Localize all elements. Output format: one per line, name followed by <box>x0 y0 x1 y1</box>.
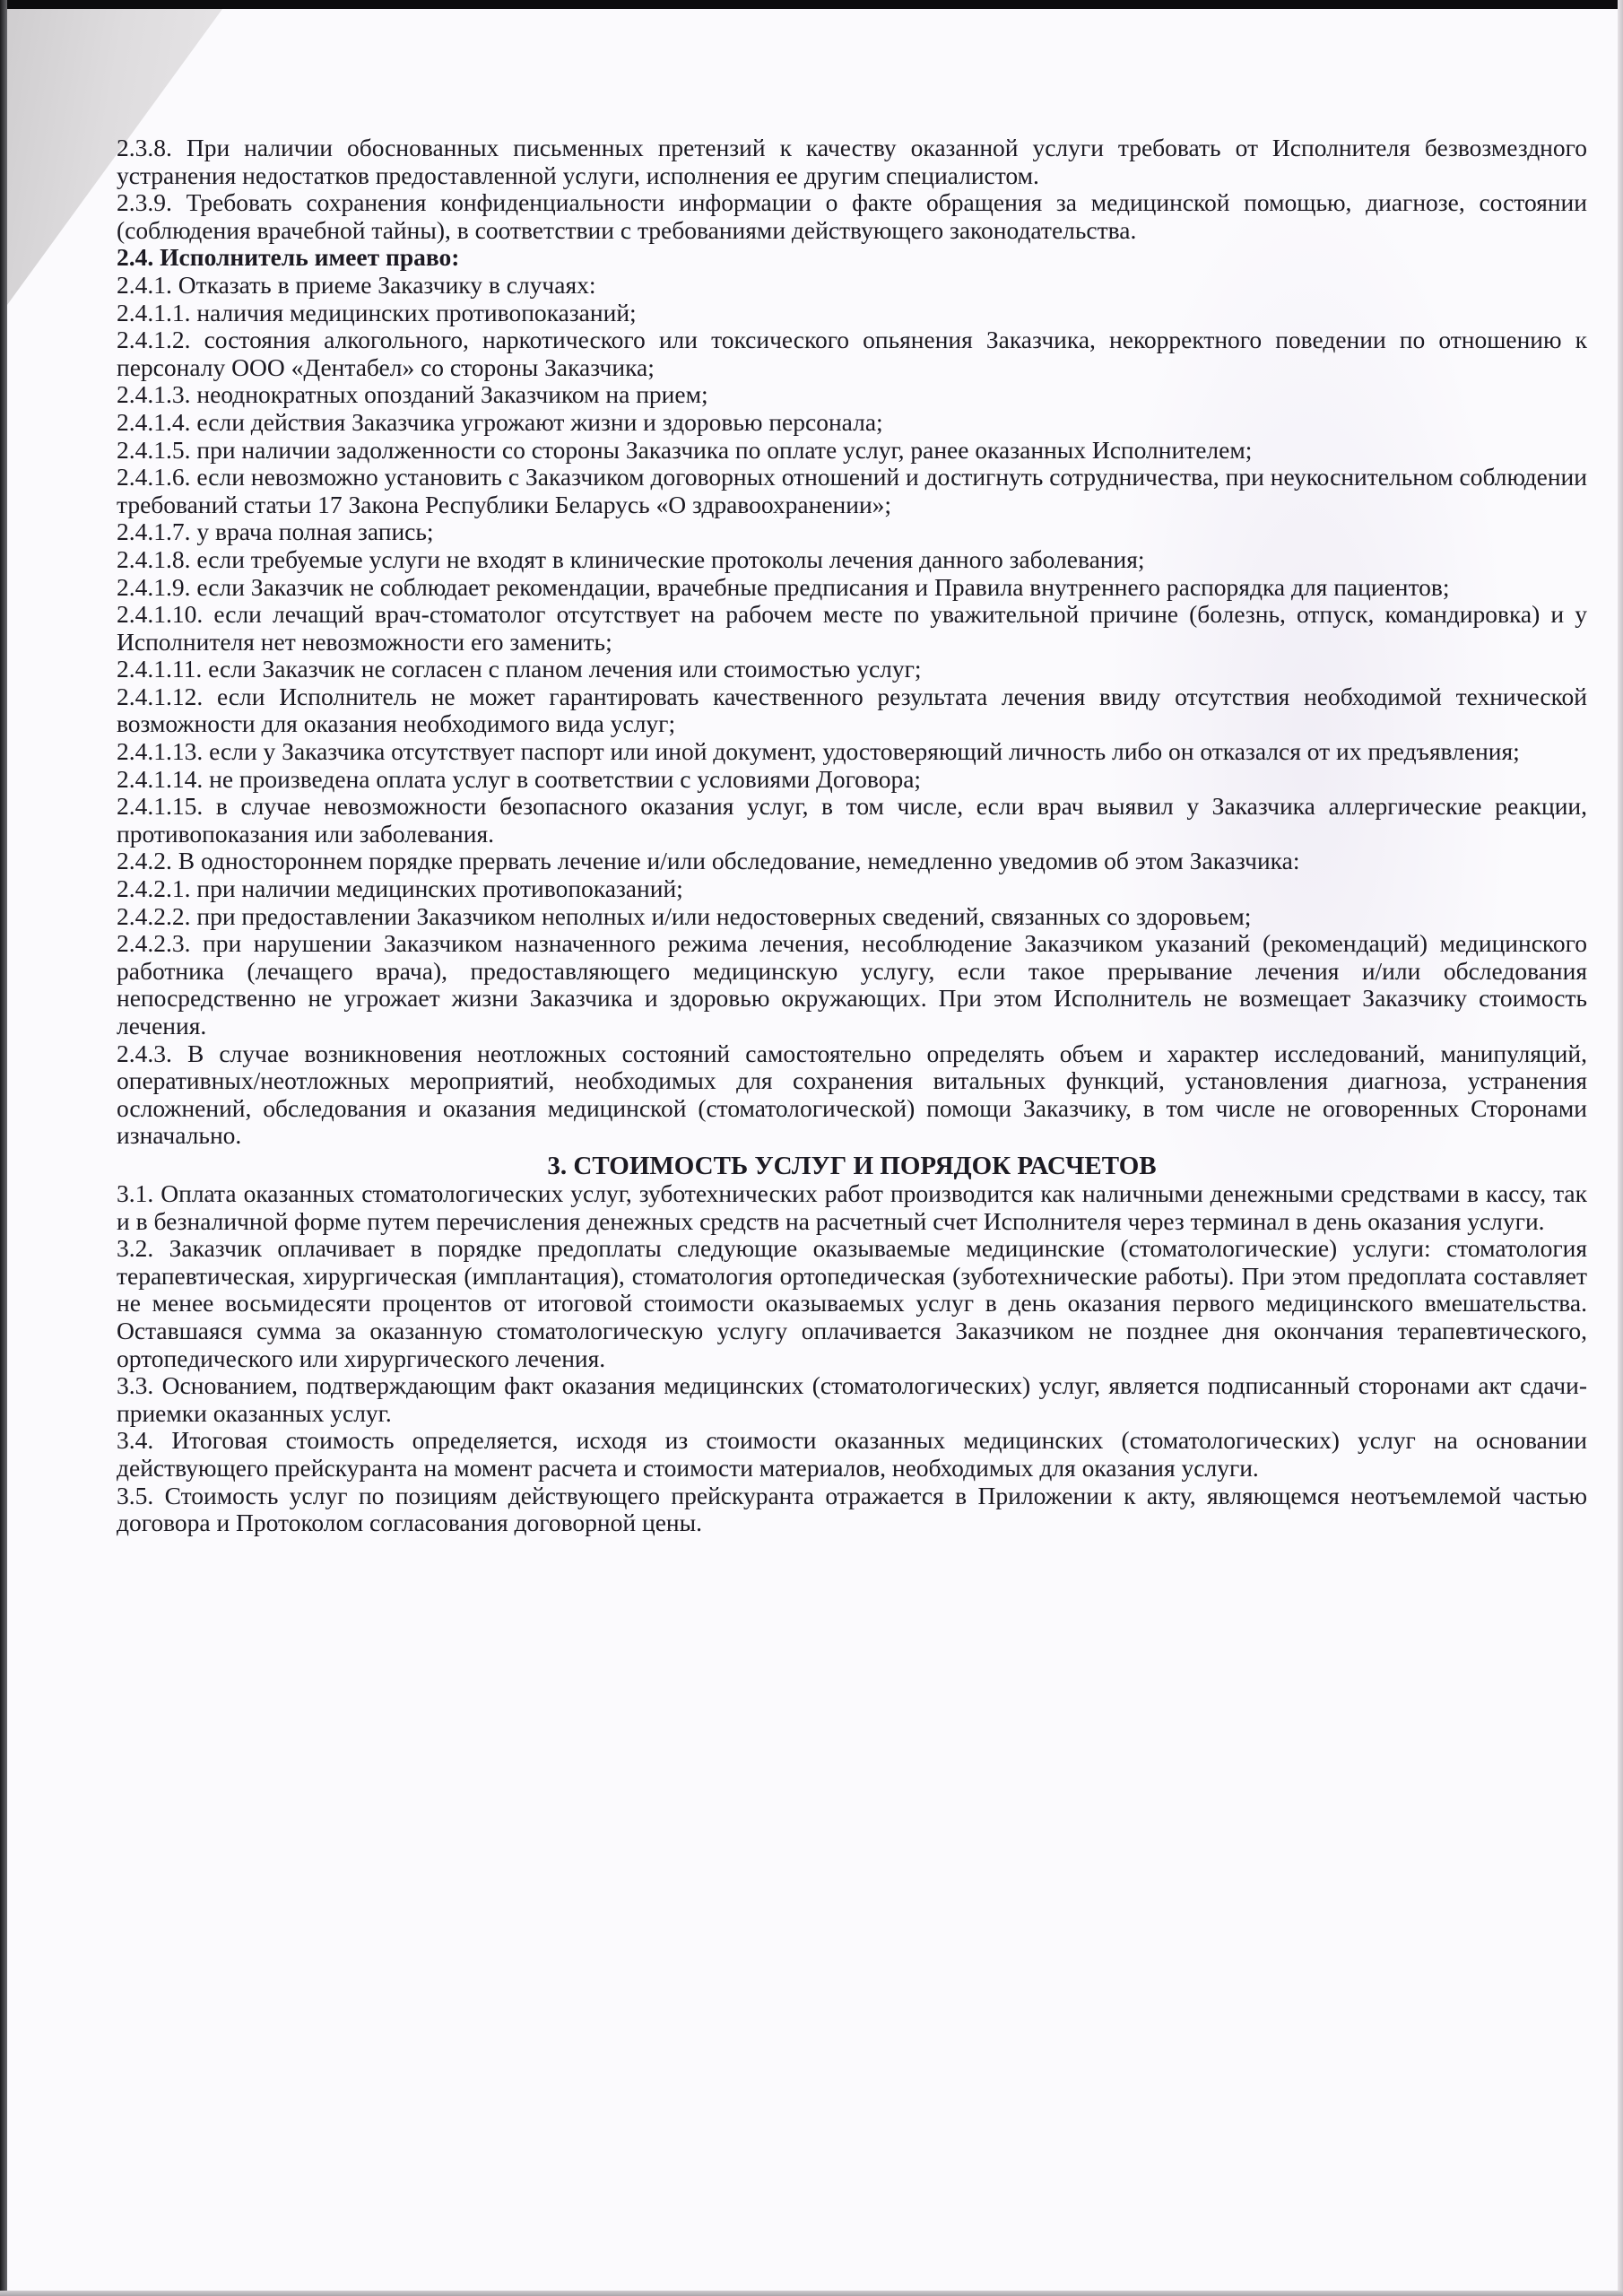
clause-2-4-1-13: 2.4.1.13. если у Заказчика отсутствует п… <box>117 738 1587 766</box>
clause-2-4-1-12: 2.4.1.12. если Исполнитель не может гара… <box>117 683 1587 738</box>
clause-2-4-2: 2.4.2. В одностороннем порядке прервать … <box>117 848 1587 875</box>
clause-2-4-2-2: 2.4.2.2. при предоставлении Заказчиком н… <box>117 903 1587 931</box>
clause-2-4-1-8: 2.4.1.8. если требуемые услуги не входят… <box>117 546 1587 574</box>
clause-2-4-1-3: 2.4.1.3. неоднократных опозданий Заказчи… <box>117 381 1587 409</box>
document-page: 2.3.8. При наличии обоснованных письменн… <box>117 135 1587 1537</box>
clause-2-4-1-5: 2.4.1.5. при наличии задолженности со ст… <box>117 437 1587 465</box>
clause-3-3: 3.3. Основанием, подтверждающим факт ока… <box>117 1372 1587 1427</box>
subsection-heading-2-4: 2.4. Исполнитель имеет право: <box>117 244 1587 272</box>
clause-2-4-1-7: 2.4.1.7. у врача полная запись; <box>117 518 1587 546</box>
clause-3-1: 3.1. Оплата оказанных стоматологических … <box>117 1180 1587 1235</box>
clause-2-4-1-6: 2.4.1.6. если невозможно установить с За… <box>117 464 1587 518</box>
clause-2-4-3: 2.4.3. В случае возникновения неотложных… <box>117 1040 1587 1150</box>
clause-2-4-2-3: 2.4.2.3. при нарушении Заказчиком назнач… <box>117 930 1587 1039</box>
clause-2-4-1-9: 2.4.1.9. если Заказчик не соблюдает реко… <box>117 574 1587 602</box>
clause-2-4-1-14: 2.4.1.14. не произведена оплата услуг в … <box>117 766 1587 794</box>
clause-3-5: 3.5. Стоимость услуг по позициям действу… <box>117 1483 1587 1537</box>
clause-2-3-9: 2.3.9. Требовать сохранения конфиденциал… <box>117 189 1587 244</box>
scan-top-border <box>0 0 1623 9</box>
clause-2-4-1: 2.4.1. Отказать в приеме Заказчику в слу… <box>117 272 1587 300</box>
clauses-section-2: 2.3.8. При наличии обоснованных письменн… <box>117 135 1587 1150</box>
clause-2-4-1-10: 2.4.1.10. если лечащий врач-стоматолог о… <box>117 601 1587 656</box>
clause-2-4-2-1: 2.4.2.1. при наличии медицинских противо… <box>117 875 1587 903</box>
scan-right-border <box>1618 0 1623 2296</box>
clause-2-4-1-15: 2.4.1.15. в случае невозможности безопас… <box>117 793 1587 848</box>
clause-2-4-1-11: 2.4.1.11. если Заказчик не согласен с пл… <box>117 656 1587 683</box>
clause-3-2: 3.2. Заказчик оплачивает в порядке предо… <box>117 1235 1587 1372</box>
scan-left-border <box>0 0 7 2296</box>
clause-2-4-1-1: 2.4.1.1. наличия медицинских противопока… <box>117 300 1587 327</box>
clause-2-4-1-4: 2.4.1.4. если действия Заказчика угрожаю… <box>117 409 1587 437</box>
section-heading-3: 3. СТОИМОСТЬ УСЛУГ И ПОРЯДОК РАСЧЕТОВ <box>117 1152 1587 1180</box>
clause-2-4-1-2: 2.4.1.2. состояния алкогольного, наркоти… <box>117 326 1587 381</box>
clause-2-3-8: 2.3.8. При наличии обоснованных письменн… <box>117 135 1587 189</box>
scan-bottom-border <box>0 2291 1623 2296</box>
clause-3-4: 3.4. Итоговая стоимость определяется, ис… <box>117 1427 1587 1482</box>
clauses-section-3: 3.1. Оплата оказанных стоматологических … <box>117 1180 1587 1537</box>
